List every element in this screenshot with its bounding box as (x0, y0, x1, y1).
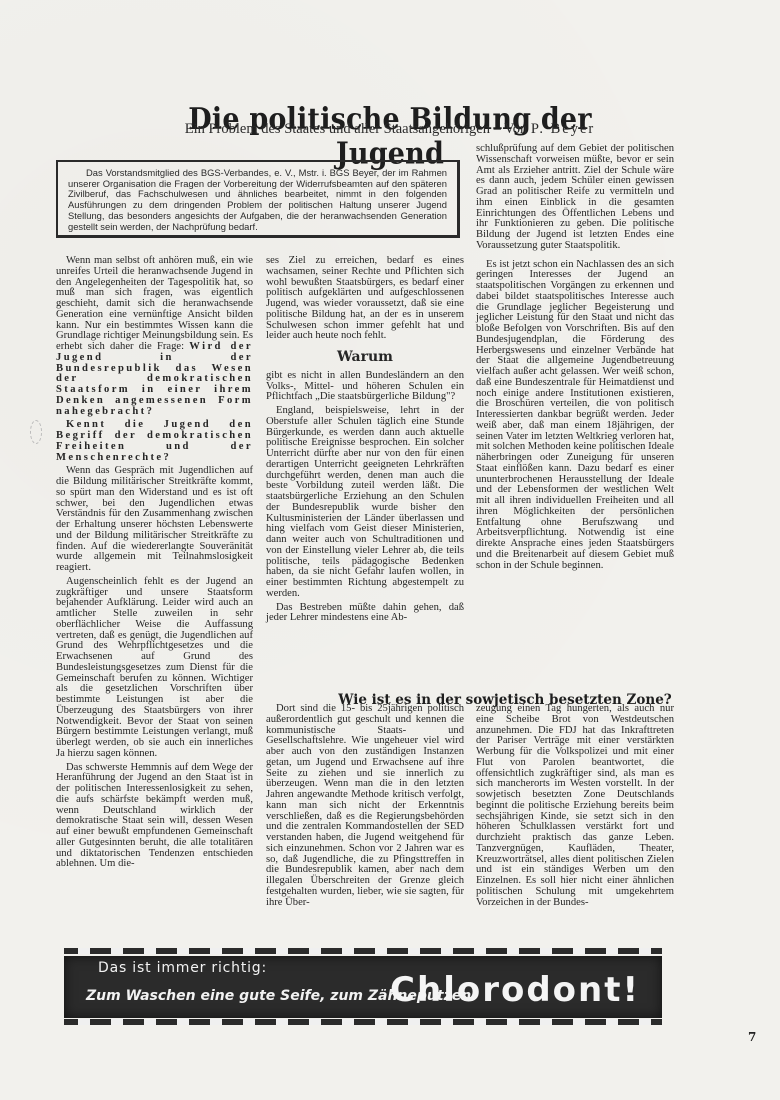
magazine-page: Die politische Bildung der Jugend Ein Pr… (0, 0, 780, 1100)
paragraph: Das schwerste Hemmnis auf dem Wege der H… (56, 763, 253, 871)
paragraph: Wenn das Gespräch mit Jugendlichen auf d… (56, 466, 253, 574)
text-column-5: zeugung einen Tag hungerten, als auch nu… (476, 704, 674, 908)
paragraph: England, beispielsweise, lehrt in der Ob… (266, 406, 464, 600)
text-column-3: schlußprüfung auf dem Gebiet der politis… (476, 144, 674, 571)
paragraph: gibt es nicht in allen Bundesländern an … (266, 371, 464, 403)
emphasized-question: Wird der Jugend in der Bundesrepublik da… (56, 341, 253, 417)
text-column-4: Dort sind die 15- bis 25jährigen politis… (266, 704, 464, 908)
punch-hole-mark (30, 420, 42, 444)
text-column-1: Wenn man selbst oft anhören muß, ein wie… (56, 256, 253, 870)
text-column-2: ses Ziel zu erreichen, bedarf es eines w… (266, 256, 464, 624)
ad-brand-name: Chlorodont! (390, 970, 640, 1010)
paragraph: Es ist jetzt schon ein Nachlassen des an… (476, 260, 674, 572)
paragraph: zeugung einen Tag hungerten, als auch nu… (476, 704, 674, 908)
subtitle-text: Ein Problem des Staates und aller Staats… (185, 121, 528, 137)
editorial-intro-box: Das Vorstandsmitglied des BGS-Verbandes,… (56, 160, 460, 238)
ad-border-top (64, 948, 662, 954)
paragraph-text: Wenn man selbst oft anhören muß, ein wie… (56, 255, 253, 352)
paragraph: schlußprüfung auf dem Gebiet der politis… (476, 144, 674, 252)
ad-tagline: Das ist immer richtig: (98, 960, 267, 976)
author-name: P. Beyer (531, 121, 595, 137)
paragraph: Das Bestreben müßte dahin gehen, daß jed… (266, 603, 464, 625)
paragraph: Dort sind die 15- bis 25jährigen politis… (266, 704, 464, 908)
advertisement-banner: Das ist immer richtig: Zum Waschen eine … (64, 956, 662, 1018)
emphasized-question: Kennt die Jugend den Begriff der demokra… (56, 420, 253, 463)
ad-border-bottom (64, 1019, 662, 1025)
paragraph: ses Ziel zu erreichen, bedarf es eines w… (266, 256, 464, 342)
section-heading-warum: Warum (266, 352, 464, 363)
page-number: 7 (748, 1030, 756, 1044)
article-subtitle: Ein Problem des Staates und aller Staats… (140, 121, 640, 138)
paragraph: Wenn man selbst oft anhören muß, ein wie… (56, 256, 253, 417)
paragraph: Augenscheinlich fehlt es der Jugend an z… (56, 577, 253, 760)
